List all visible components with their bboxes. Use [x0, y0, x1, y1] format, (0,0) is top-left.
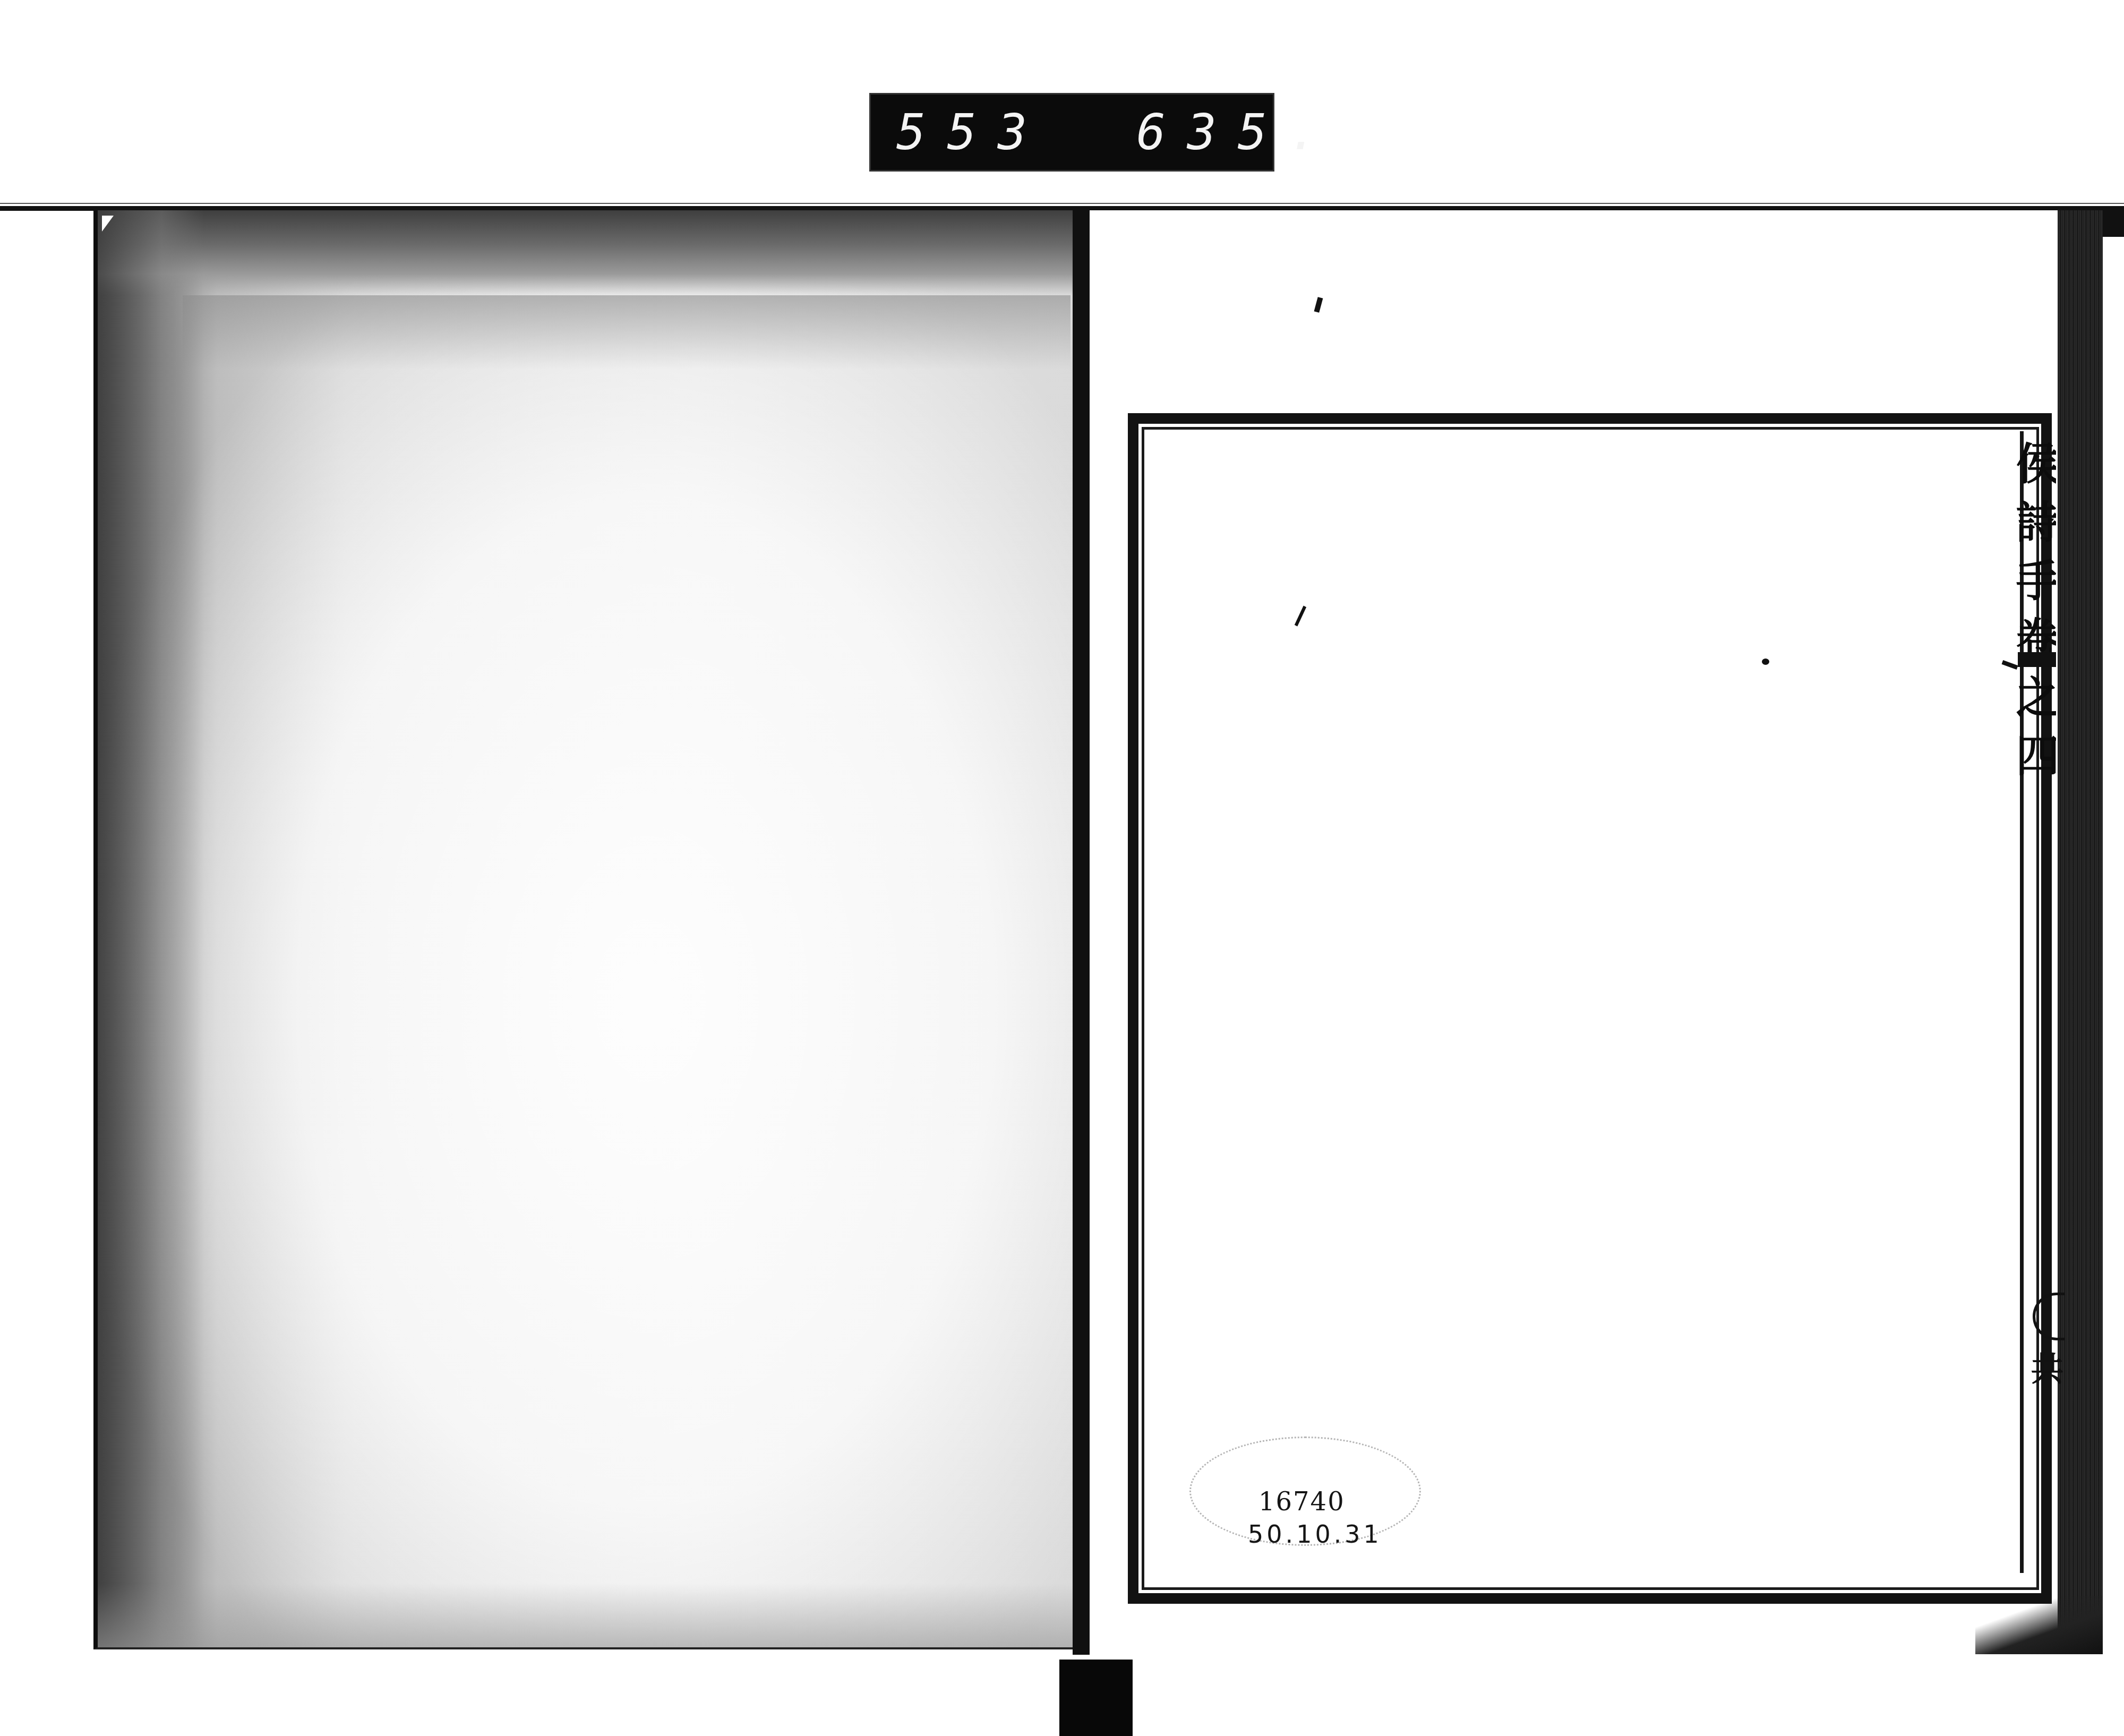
- ink-speck: [1762, 659, 1769, 665]
- book-edge-cap: [2103, 210, 2124, 237]
- cover-corner-fold: [102, 216, 114, 232]
- book-spine: [1073, 210, 1090, 1655]
- left-page-cover: [93, 210, 1092, 1649]
- counter-group-2: 635.: [1136, 104, 1339, 161]
- book-edge-strip: [2058, 210, 2103, 1644]
- counter-group-1: 553: [896, 104, 1048, 161]
- cover-shadow-left: [98, 210, 204, 1647]
- page-frame-inner: [1142, 427, 2039, 1590]
- cover-inner-shadow: [183, 295, 1070, 370]
- book-edge-foot-shadow: [1975, 1596, 2103, 1654]
- reel-frame-counter: 553 635.: [869, 93, 1274, 172]
- scanner-edge-line: [0, 203, 2124, 204]
- title-separator-mark: [2018, 652, 2056, 667]
- stamp-accession-number: 16740: [1258, 1487, 1345, 1517]
- volume-mark-text: 共: [2036, 1352, 2068, 1384]
- cover-shadow-bottom: [98, 1584, 1092, 1647]
- cover-shadow-top: [98, 210, 1092, 295]
- spine-shadow-block: [1059, 1660, 1133, 1736]
- stamp-date: 50.10.31: [1248, 1520, 1382, 1549]
